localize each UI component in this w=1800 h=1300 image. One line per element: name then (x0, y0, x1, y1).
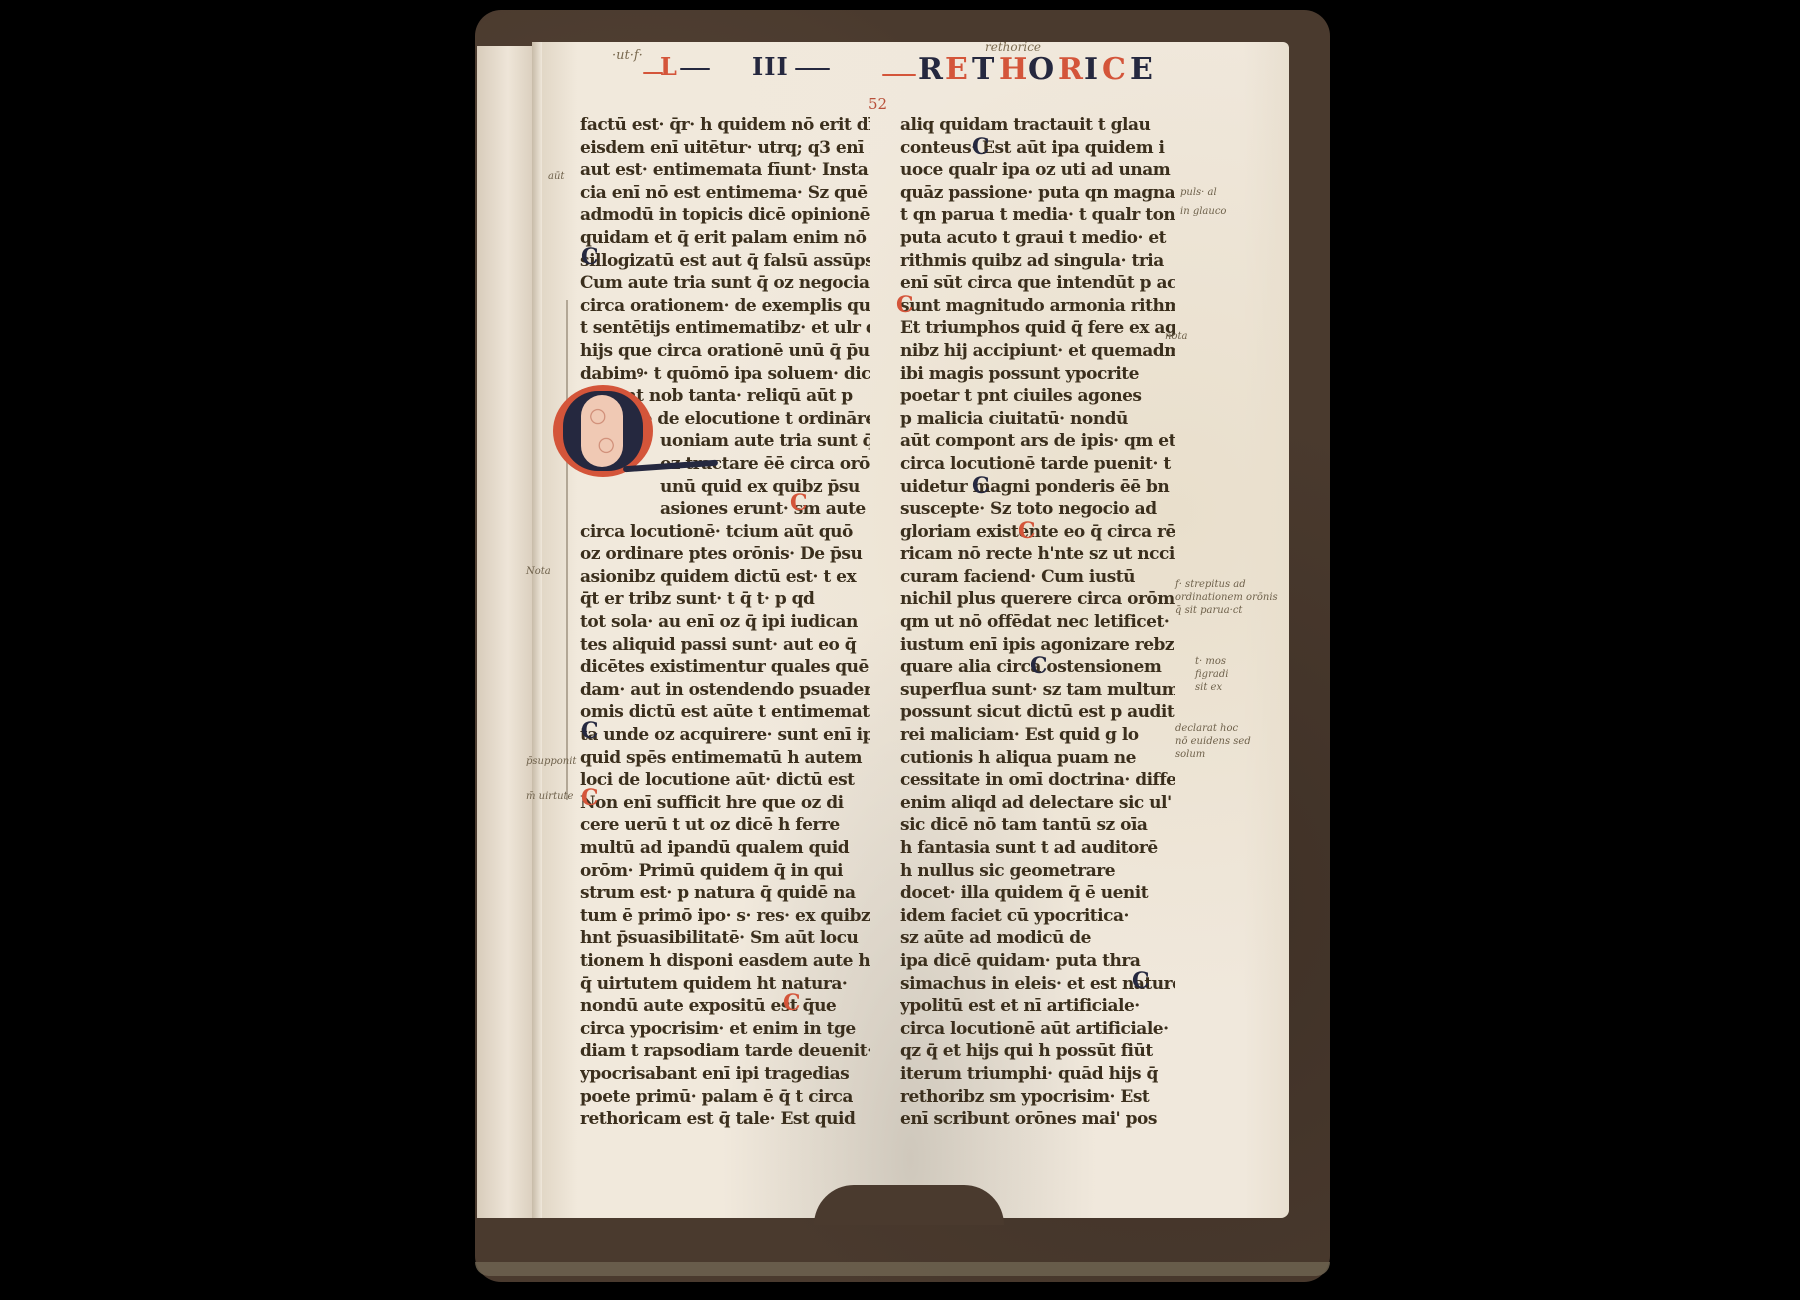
text-line: nichil plus querere circa orōm (900, 588, 1175, 611)
header-title-letter: E (1130, 52, 1154, 87)
text-line: aut est· entimemata fīunt· Insta (580, 159, 870, 182)
text-line: multū ad ipandū qualem quid (580, 837, 870, 860)
text-line: circa ypocrisim· et enim in tge (580, 1018, 870, 1041)
text-line: factū est· q̄r· h quidem nō erit dīa· (580, 114, 870, 137)
binding-stub-leaf (477, 46, 539, 1218)
header-book-number: III (752, 52, 789, 81)
paragraph-capital-blue: C (1030, 653, 1048, 679)
text-line: curam faciend· Cum iustū (900, 566, 1175, 589)
running-header: ·ut·f· L III rethorice R E T H O R I C E (0, 52, 1800, 102)
text-line: cessitate in omī doctrina· differt (900, 769, 1175, 792)
text-line: quid spēs entimematū h autem (580, 747, 870, 770)
text-line: circa locutionē· tcium aūt quō (580, 521, 870, 544)
text-line: ricam nō recte h'nte sz ut nccio (900, 543, 1175, 566)
header-title-letter: R (1058, 52, 1084, 87)
paragraph-capital-blue: C (972, 473, 990, 499)
text-line: poete primū· palam ē q̄ t circa (580, 1086, 870, 1109)
text-line: rethoribz sm ypocrisim· Est (900, 1086, 1175, 1109)
text-line: superflua sunt· sz tam multum (900, 679, 1175, 702)
text-line: hijs que circa orationē unū q̄ p̄u (580, 340, 870, 363)
text-line: cere uerū t ut oz dicē h ferre (580, 814, 870, 837)
text-line: hnt p̄suasibilitatē· Sm aūt locu (580, 927, 870, 950)
text-line: orōm· Primū quidem q̄ in qui (580, 860, 870, 883)
text-line: ypolitū est et nī artificiale· (900, 995, 1175, 1018)
bottom-edge-cutout (814, 1185, 1004, 1225)
text-line: q̄ uirtutem quidem ht natura· (580, 973, 870, 996)
paragraph-capital-blue: C (581, 718, 599, 744)
text-line: diam t rapsodiam tarde deuenit· (580, 1040, 870, 1063)
text-line: tes aliquid passi sunt· aut eo q̄ (580, 634, 870, 657)
margin-gloss-left: m̄ uirtute (526, 790, 573, 803)
text-line: dicētes existimentur quales quē (580, 656, 870, 679)
text-line: uidetur magni ponderis ēē bn (900, 476, 1175, 499)
margin-gloss-right: nota (1165, 330, 1187, 343)
text-line: conteus· Est aūt ipa quidem i (900, 137, 1175, 160)
text-line: circa orationem· de exemplis quid (580, 295, 870, 318)
top-scribble: ·ut·f· (612, 48, 643, 63)
text-line: tionem h disponi easdem aute hoc (580, 950, 870, 973)
header-title-letter: T (972, 52, 995, 87)
text-line: t sentētijs entimematibz· et ulr de (580, 317, 870, 340)
paragraph-capital-blue: C (581, 244, 599, 270)
header-book-letter: L (660, 52, 678, 81)
text-line: sic dicē nō tam tantū sz oīa (900, 814, 1175, 837)
text-line: rithmis quibz ad singula· tria (900, 250, 1175, 273)
text-line: aūt compont ars de ipis· qm et (900, 430, 1175, 453)
text-line: poetar t pnt ciuiles agones (900, 385, 1175, 408)
text-column-left: factū est· q̄r· h quidem nō erit dīa·eis… (580, 114, 870, 1131)
text-line: asionibz quidem dictū est· t ex (580, 566, 870, 589)
text-line: nondū aute expositū est q̄ue (580, 995, 870, 1018)
margin-gloss-right: puls· al (1180, 186, 1217, 199)
text-line: oz ordinare ptes orōnis· De p̄su (580, 543, 870, 566)
margin-gloss-right: declarat hoc nō euidens sed solum (1175, 722, 1251, 761)
text-line: sillogizatū est aut q̄ falsū assūpsit· (580, 250, 870, 273)
text-line: enī sūt circa que intendūt p ac (900, 272, 1175, 295)
paragraph-capital-blue: C (1132, 968, 1150, 994)
text-line: sunt magnitudo armonia rithmꝰ· (900, 295, 1175, 318)
text-line: unū quid ex quibz p̄su (580, 476, 870, 499)
text-line: q̄t er tribz sunt· t q̄ t· p qd (580, 588, 870, 611)
text-line: h nullus sic geometrare (900, 860, 1175, 883)
text-line: nibz hij accipiunt· et quemadm (900, 340, 1175, 363)
text-line: enim aliqd ad delectare sic ul' (900, 792, 1175, 815)
text-line: suscepte· Sz toto negocio ad (900, 498, 1175, 521)
text-line: uoce qualr ipa oz uti ad unam (900, 159, 1175, 182)
text-line: quāz passione· puta qn magna (900, 182, 1175, 205)
header-title-letter: E (945, 52, 969, 87)
text-line: puta acuto t graui t medio· et (900, 227, 1175, 250)
initial-pink-infill (581, 395, 623, 467)
text-line: gloriam existente eo q̄ circa rētho (900, 521, 1175, 544)
gutter-fold (532, 42, 542, 1218)
text-line: circa locutionē aūt artificiale· (900, 1018, 1175, 1041)
text-line: strum est· p natura q̄ quidē na (580, 882, 870, 905)
header-title-letter: R (918, 52, 944, 87)
header-title-letter: O (1028, 52, 1055, 87)
text-line: cutionis h aliqua puam ne (900, 747, 1175, 770)
text-line: docet· illa quidem q̄ ē uenit (900, 882, 1175, 905)
text-line: possunt sicut dictū est p auditoꝝ (900, 701, 1175, 724)
text-line: aliq quidam tractauit t glau (900, 114, 1175, 137)
folio-number: 52 (868, 95, 887, 113)
text-line: Non enī sufficit hre que oz di (580, 792, 870, 815)
text-line: idem faciet cū ypocritica· (900, 905, 1175, 928)
text-line: enī scribunt orōnes mai' pos (900, 1108, 1175, 1131)
text-line: t qn parua t media· t qualr tonis (900, 204, 1175, 227)
decorated-initial-q (553, 385, 653, 477)
paragraph-capital-red: C (1018, 518, 1036, 544)
text-line: qm ut nō offēdat nec letificet· (900, 611, 1175, 634)
text-line: tot sola· au enī oz q̄ ipi iudican (580, 611, 870, 634)
paragraph-capital-red: C (783, 990, 801, 1016)
text-line: tum ē primō ipo· s· res· ex quibz (580, 905, 870, 928)
paragraph-capital-blue: C (972, 134, 990, 160)
cover-edge (475, 1262, 1330, 1276)
text-line: loci de locutione aūt· dictū est (580, 769, 870, 792)
flourish-decoration (795, 68, 830, 70)
margin-gloss-left: p̄supponit (526, 755, 576, 768)
text-line: iterum triumphi· quād hijs q̄ (900, 1063, 1175, 1086)
text-line: qz q̄ et hijs qui h possūt fiūt (900, 1040, 1175, 1063)
text-line: ibi magis possunt ypocrite (900, 363, 1175, 386)
text-line: omis dictū est aūte t entimemata (580, 701, 870, 724)
margin-gloss-left: aūt (548, 170, 564, 183)
flourish-decoration (882, 74, 916, 76)
text-line: h fantasia sunt t ad auditorē (900, 837, 1175, 860)
text-line: dabimꝰ· t quōmō ipa soluem· dic (580, 363, 870, 386)
text-line: p malicia ciuitatū· nondū (900, 408, 1175, 431)
text-line: ypocrisabant enī ipi tragedias (580, 1063, 870, 1086)
text-line: sz aūte ad modicū de (900, 927, 1175, 950)
text-line: rei maliciam· Est quid g lo (900, 724, 1175, 747)
margin-gloss-right: t· mos figradi sit ex (1195, 655, 1228, 694)
text-line: eisdem enī uitētur· utrq; q3 enī nō ē (580, 137, 870, 160)
header-title-letter: C (1102, 52, 1127, 87)
text-line: quidam et q̄ erit palam enim nō (580, 227, 870, 250)
text-line: asiones erunt· sm aute (580, 498, 870, 521)
margin-gloss-right: f· strepitus ad ordinationem orōnis q̄ s… (1175, 578, 1278, 617)
text-line: cia enī nō est entimema· Sz quē (580, 182, 870, 205)
header-title-letter: H (999, 52, 1028, 87)
pen-flourish-vine (566, 300, 568, 800)
paragraph-capital-red: C (790, 490, 808, 516)
text-line: dam· aut in ostendendo psuadere (580, 679, 870, 702)
paragraph-capital-red: C (581, 785, 599, 811)
margin-gloss-right: in glauco (1180, 205, 1226, 218)
text-line: Cum aute tria sunt q̄ oz negociari (580, 272, 870, 295)
text-line: ta unde oz acquirere· sunt enī ip (580, 724, 870, 747)
flourish-decoration (680, 68, 710, 70)
text-line: circa locutionē tarde puenit· t (900, 453, 1175, 476)
margin-gloss-left: Nota (526, 565, 551, 578)
paragraph-capital-red: C (896, 292, 914, 318)
text-line: Et triumphos quid q̄ fere ex ago (900, 317, 1175, 340)
header-title-letter: I (1084, 52, 1099, 87)
text-line: rethoricam est q̄ tale· Est quid (580, 1108, 870, 1131)
text-line: admodū in topicis dicē opinionē (580, 204, 870, 227)
